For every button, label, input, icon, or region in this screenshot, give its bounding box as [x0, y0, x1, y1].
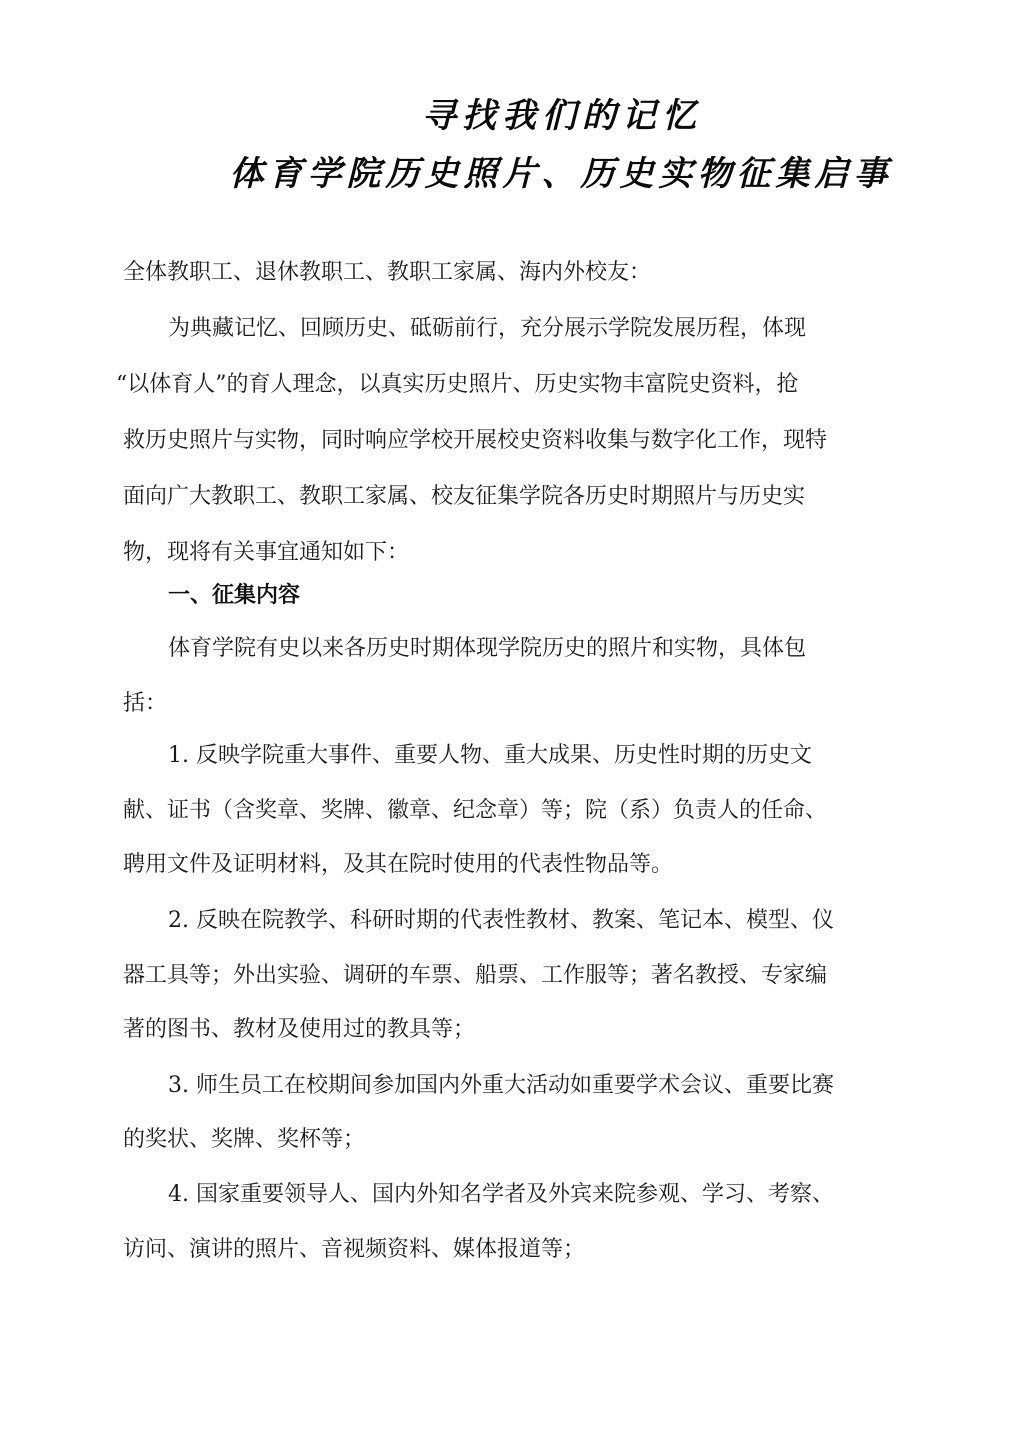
intro-line: 物，现将有关事宜通知如下： — [123, 538, 903, 568]
intro-line: 面向广大教职工、教职工家属、校友征集学院各历史时期照片与历史实 — [123, 482, 903, 512]
list-item-4-line: 4. 国家重要领导人、国内外知名学者及外宾来院参观、学习、考察、 — [168, 1180, 948, 1210]
list-item-2-line: 器工具等；外出实验、调研的车票、船票、工作服等；著名教授、专家编 — [123, 961, 903, 991]
list-item-1-line: 献、证书（含奖章、奖牌、徽章、纪念章）等；院（系）负责人的任命、 — [123, 796, 903, 826]
salutation: 全体教职工、退休教职工、教职工家属、海内外校友： — [123, 258, 903, 288]
list-item-2-line: 2. 反映在院教学、科研时期的代表性教材、教案、笔记本、模型、仪 — [168, 906, 948, 936]
document-title-line2: 体育学院历史照片、历史实物征集启事 — [0, 146, 1024, 195]
list-item-2-line: 著的图书、教材及使用过的教具等； — [123, 1015, 903, 1045]
intro-line: 为典藏记忆、回顾历史、砥砺前行，充分展示学院发展历程，体现 — [168, 314, 948, 344]
list-item-3-line: 的奖状、奖牌、奖杯等； — [123, 1125, 903, 1155]
document-page: 寻找我们的记忆 体育学院历史照片、历史实物征集启事 全体教职工、退休教职工、教职… — [0, 0, 1024, 1448]
list-item-1-line: 聘用文件及证明材料，及其在院时使用的代表性物品等。 — [123, 850, 903, 880]
intro-line: 救历史照片与实物，同时响应学校开展校史资料收集与数字化工作，现特 — [123, 426, 903, 456]
list-item-1-line: 1. 反映学院重大事件、重要人物、重大成果、历史性时期的历史文 — [168, 741, 948, 771]
section-lead-line: 体育学院有史以来各历史时期体现学院历史的照片和实物，具体包 — [168, 634, 948, 664]
section-heading: 一、征集内容 — [168, 581, 948, 611]
list-item-4-line: 访问、演讲的照片、音视频资料、媒体报道等； — [123, 1235, 903, 1265]
document-title-line1: 寻找我们的记忆 — [0, 88, 1024, 137]
intro-line: “以体育人”的育人理念，以真实历史照片、历史实物丰富院史资料，抢 — [116, 370, 896, 400]
list-item-3-line: 3. 师生员工在校期间参加国内外重大活动如重要学术会议、重要比赛 — [168, 1071, 948, 1101]
section-lead-line: 括： — [123, 689, 903, 719]
